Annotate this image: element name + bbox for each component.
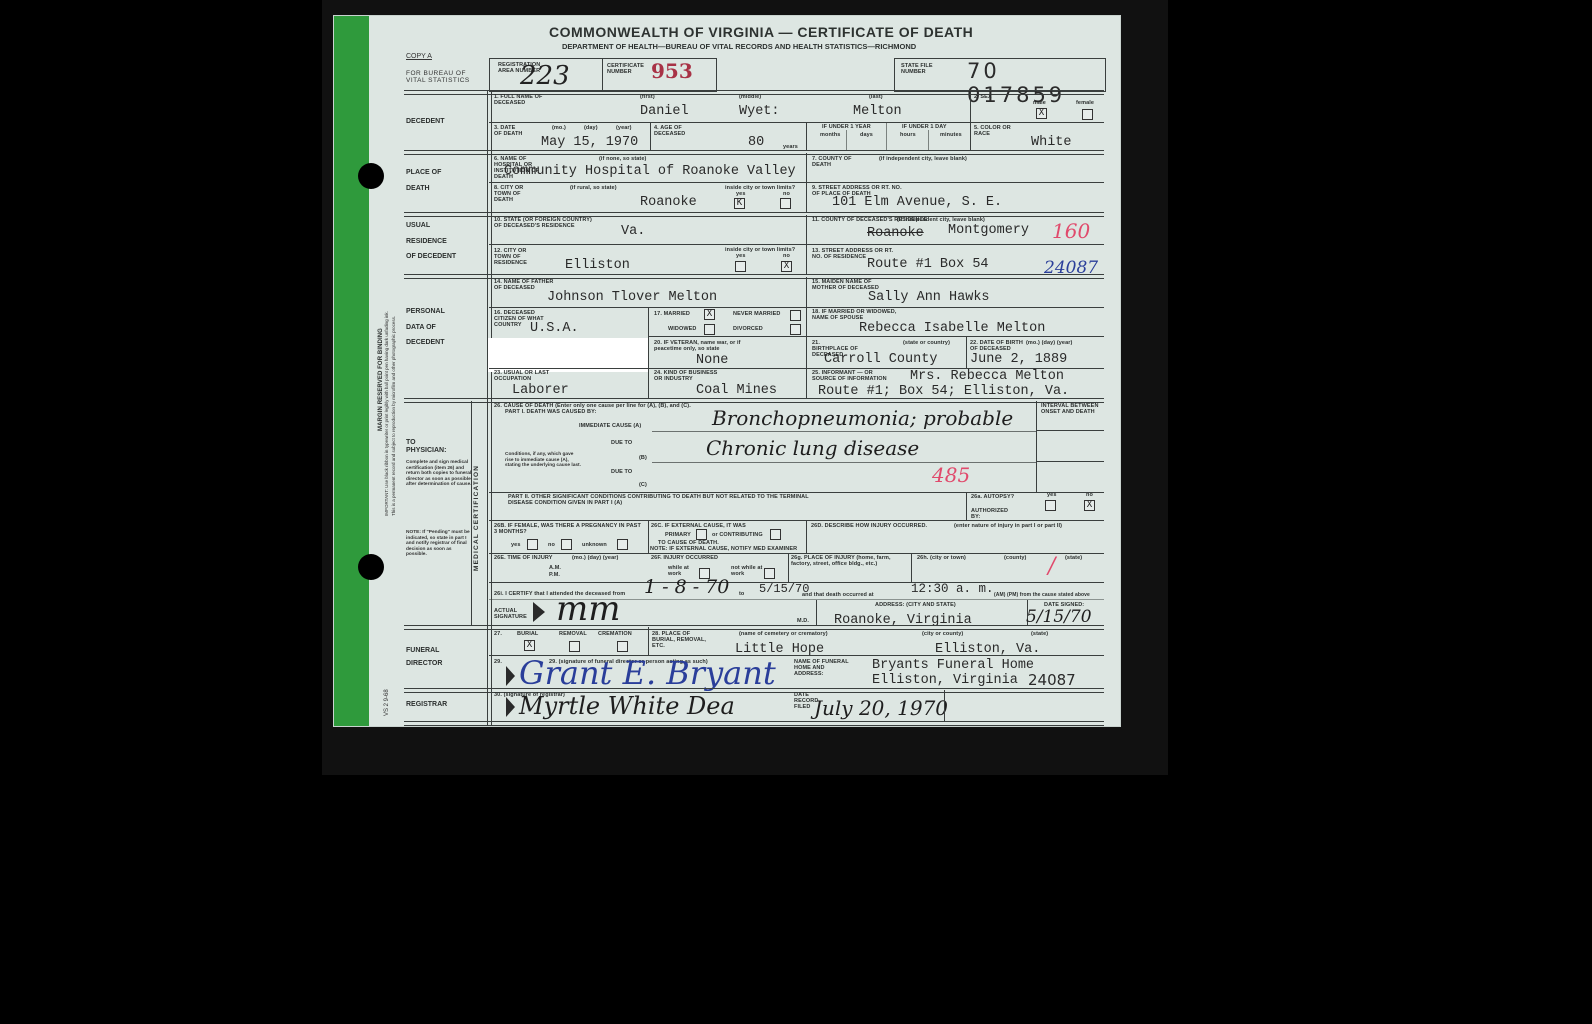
copy-for-label: FOR BUREAU OF VITAL STATISTICS — [406, 70, 488, 84]
external-contributing-checkbox[interactable] — [770, 529, 781, 540]
funeral-home-name: Bryants Funeral Home — [872, 658, 1034, 673]
director-arrow-icon — [506, 666, 515, 686]
never-married-checkbox[interactable] — [790, 310, 801, 321]
death-certificate: MARGIN RESERVED FOR BINDING IMPORTANT: U… — [334, 16, 1120, 726]
residence-state: Va. — [621, 224, 645, 239]
residence-city: Elliston — [565, 258, 630, 273]
middle-name: Wyet: — [739, 104, 780, 119]
divorced-checkbox[interactable] — [790, 324, 801, 335]
informant-address: Route #1; Box 54; Elliston, Va. — [818, 384, 1069, 399]
certificate-title: COMMONWEALTH OF VIRGINIA — CERTIFICATE O… — [549, 24, 973, 40]
state-file-box: STATE FILE NUMBER 70 017859 — [894, 58, 1106, 92]
autopsy-yes-checkbox[interactable] — [1045, 500, 1056, 511]
physician-signature: mm — [556, 589, 620, 629]
pending-note: NOTE: If "Pending" must be indicated, so… — [406, 530, 470, 558]
removal-checkbox[interactable] — [569, 641, 580, 652]
binding-note-2: This is a permanent record and subject t… — [391, 316, 396, 516]
funeral-home-address: Elliston, Virginia — [872, 673, 1018, 688]
form-code: VS 2 9-68 — [384, 689, 390, 716]
hospital-name: Community Hospital of Roanoke Valley — [504, 164, 796, 179]
veteran-status: None — [696, 353, 728, 368]
citizenship: U.S.A. — [530, 321, 579, 336]
sex-female-checkbox[interactable] — [1082, 109, 1093, 120]
death-time: 12:30 a. m. — [911, 582, 994, 596]
date-signed: 5/15/70 — [1026, 607, 1092, 627]
registration-area-box: REGISTRATION AREA NUMBER 223 — [489, 58, 603, 92]
copy-label: COPY A — [406, 53, 432, 60]
cause-a-handwritten: Bronchopneumonia; probable — [712, 406, 1013, 430]
burial-checkbox[interactable]: X — [524, 640, 535, 651]
cause-code: 485 — [932, 463, 970, 487]
injury-not-while-work-checkbox[interactable] — [764, 568, 775, 579]
conditions-note: Conditions, if any, which gave rise to i… — [505, 452, 581, 469]
funeral-director-signature: Grant E. Bryant — [519, 654, 776, 692]
residence-street: Route #1 Box 54 — [867, 257, 989, 272]
external-primary-checkbox[interactable] — [696, 529, 707, 540]
residence-inside-limits-no[interactable]: X — [781, 261, 792, 272]
certificate-number-box: CERTIFICATE NUMBER 953 — [601, 58, 717, 92]
county-code: 160 — [1052, 219, 1090, 243]
punch-hole-top — [358, 163, 384, 189]
certificate-subtitle: DEPARTMENT OF HEALTH—BUREAU OF VITAL REC… — [562, 42, 916, 51]
death-inside-limits-yes[interactable]: K — [734, 198, 745, 209]
first-name: Daniel — [640, 104, 689, 119]
birthplace: Carroll County — [824, 352, 937, 367]
sex-male-checkbox[interactable]: X — [1036, 108, 1047, 119]
cremation-checkbox[interactable] — [617, 641, 628, 652]
injury-state-mark: / — [1048, 554, 1055, 579]
registrar-signature: Myrtle White Dea — [519, 692, 735, 720]
attended-from: 1 - 8 - 70 — [644, 576, 729, 598]
date-record-filed: July 20, 1970 — [814, 696, 948, 720]
residence-county: Montgomery — [948, 223, 1029, 238]
certificate-number-value: 953 — [651, 59, 693, 83]
green-binding-strip — [334, 16, 369, 726]
residence-county-struck: Roanoke — [867, 226, 924, 241]
registration-area-value: 223 — [520, 61, 570, 91]
signature-arrow-icon — [533, 602, 545, 622]
occupation: Laborer — [512, 383, 569, 398]
binding-note-1: IMPORTANT: Use black ribbon in typewrite… — [384, 311, 389, 516]
pregnancy-unknown-checkbox[interactable] — [617, 539, 628, 550]
punch-hole-bottom — [358, 554, 384, 580]
funeral-home-zip: 24087 — [1028, 671, 1076, 689]
informant-name: Mrs. Rebecca Melton — [910, 369, 1064, 384]
redacted-field-19 — [488, 338, 648, 372]
date-of-birth: June 2, 1889 — [970, 352, 1067, 367]
cause-b-handwritten: Chronic lung disease — [706, 436, 919, 460]
mother-maiden-name: Sally Ann Hawks — [868, 290, 990, 305]
date-of-death: May 15, 1970 — [541, 135, 638, 150]
death-street-address: 101 Elm Avenue, S. E. — [832, 195, 1002, 210]
section-decedent: DECEDENT — [406, 118, 445, 125]
pregnancy-yes-checkbox[interactable] — [527, 539, 538, 550]
father-name: Johnson Tlover Melton — [547, 290, 717, 305]
last-name: Melton — [853, 104, 902, 119]
medical-certification-label: MEDICAL CERTIFICATION — [474, 465, 480, 571]
registrar-arrow-icon — [506, 697, 515, 717]
pregnancy-no-checkbox[interactable] — [561, 539, 572, 550]
age: 80 — [748, 135, 764, 150]
autopsy-no-checkbox[interactable]: X — [1084, 500, 1095, 511]
death-inside-limits-no[interactable] — [780, 198, 791, 209]
spouse-name: Rebecca Isabelle Melton — [859, 321, 1045, 336]
widowed-checkbox[interactable] — [704, 324, 715, 335]
race: White — [1031, 135, 1072, 150]
residence-inside-limits-yes[interactable] — [735, 261, 746, 272]
physician-instructions: Complete and sign medical certification … — [406, 460, 472, 488]
city-of-death: Roanoke — [640, 195, 697, 210]
married-checkbox[interactable]: X — [704, 309, 715, 320]
business-industry: Coal Mines — [696, 383, 777, 398]
